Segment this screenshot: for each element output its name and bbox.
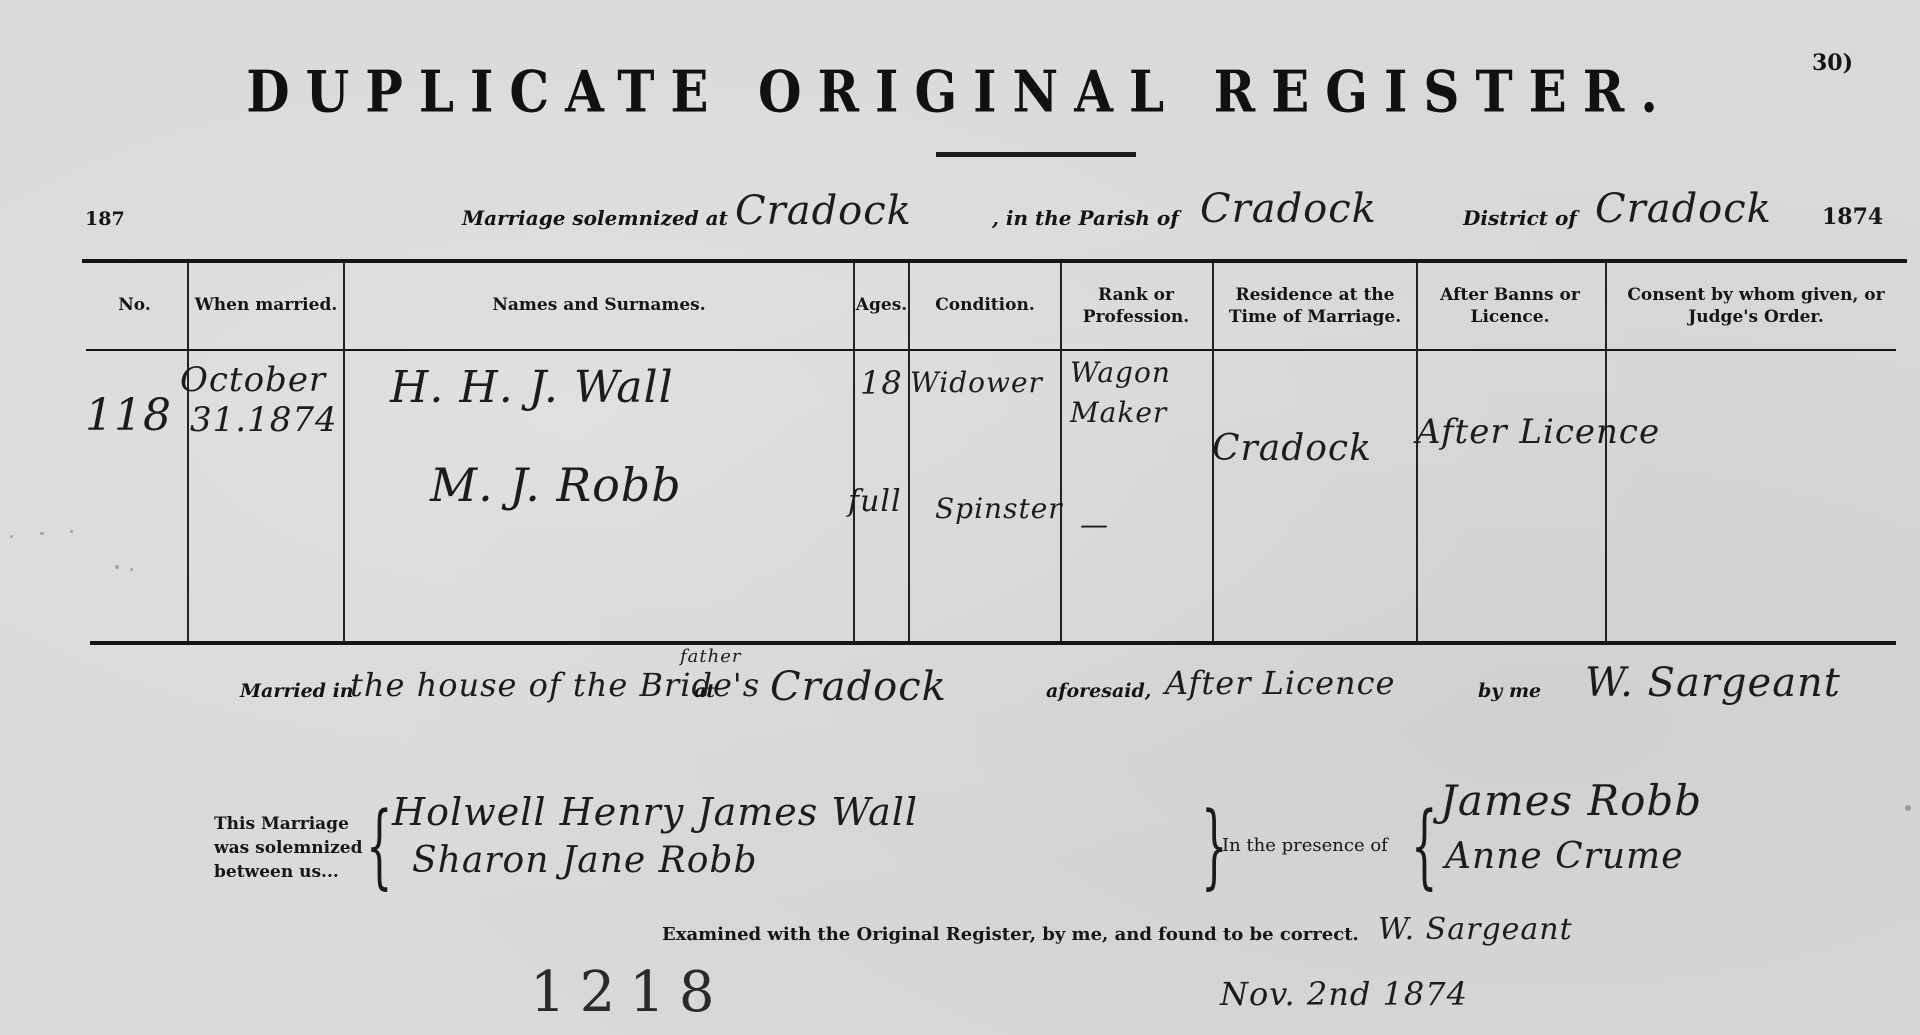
parties-label-1: This Marriage xyxy=(214,814,349,834)
bride-rank: — xyxy=(1080,508,1109,541)
groom-age: 18 xyxy=(860,364,903,402)
year-prefix: 187 xyxy=(85,208,125,230)
groom-name: H. H. J. Wall xyxy=(390,362,674,413)
brace-witness: { xyxy=(1411,800,1437,892)
officiant-signature: W. Sargeant xyxy=(1585,660,1841,706)
parish-value: Cradock xyxy=(1200,186,1377,232)
married-manner: After Licence xyxy=(1165,664,1395,702)
header-no: No. xyxy=(82,294,187,316)
bride-name: M. J. Robb xyxy=(430,458,682,512)
stain xyxy=(130,568,133,571)
bride-condition: Spinster xyxy=(935,492,1063,525)
solemnized-at-value: Cradock xyxy=(735,188,912,234)
stain xyxy=(1905,805,1911,811)
header-rank: Rank or Profession. xyxy=(1075,284,1197,328)
bride-age: full xyxy=(848,484,902,519)
column-divider xyxy=(1416,263,1418,641)
married-in-insertion: father xyxy=(680,646,741,667)
brace-left: { xyxy=(366,800,392,892)
column-divider xyxy=(853,263,855,641)
groom-signature: Holwell Henry James Wall xyxy=(392,790,918,834)
examination-statement: Examined with the Original Register, by … xyxy=(662,924,1359,945)
aforesaid-label: aforesaid, xyxy=(1046,680,1151,702)
stain xyxy=(10,535,13,538)
district-label: District of xyxy=(1463,206,1577,230)
header-consent: Consent by whom given, or Judge's Order. xyxy=(1607,284,1905,328)
table-bottom-rule xyxy=(90,641,1896,645)
parties-label-3: between us... xyxy=(214,862,339,882)
column-divider xyxy=(187,263,189,641)
margin-number: 1218 xyxy=(530,960,729,1025)
column-divider xyxy=(908,263,910,641)
bride-signature: Sharon Jane Robb xyxy=(412,840,758,881)
table-top-rule xyxy=(82,259,1907,263)
married-in-label: Married in xyxy=(240,680,354,702)
header-when-married: When married. xyxy=(189,294,343,316)
banns-or-licence: After Licence xyxy=(1416,412,1660,452)
stain xyxy=(70,530,73,533)
year: 1874 xyxy=(1822,204,1883,230)
married-in-town: Cradock xyxy=(770,664,947,710)
register-page: 30) DUPLICATE ORIGINAL REGISTER. 187 Mar… xyxy=(0,0,1920,1035)
parties-label-2: was solemnized xyxy=(214,838,362,858)
header-names: Names and Surnames. xyxy=(345,294,853,316)
district-value: Cradock xyxy=(1595,186,1772,232)
solemnized-at-label: Marriage solemnized at xyxy=(462,206,728,230)
witnesses-label: In the presence of xyxy=(1222,835,1388,856)
stain xyxy=(115,565,119,569)
header-condition: Condition. xyxy=(910,294,1060,316)
parish-label: , in the Parish of xyxy=(992,206,1179,230)
groom-condition: Widower xyxy=(910,366,1043,399)
examination-date: Nov. 2nd 1874 xyxy=(1220,975,1468,1013)
examiner-signature: W. Sargeant xyxy=(1378,912,1573,947)
witness-1-signature: James Robb xyxy=(1440,776,1702,825)
stain xyxy=(40,532,44,535)
header-residence: Residence at the Time of Marriage. xyxy=(1214,284,1416,328)
column-divider xyxy=(1060,263,1062,641)
entry-number: 118 xyxy=(85,390,172,441)
document-title: DUPLICATE ORIGINAL REGISTER. xyxy=(0,58,1920,126)
witness-2-signature: Anne Crume xyxy=(1445,836,1684,877)
header-banns: After Banns or Licence. xyxy=(1430,284,1590,328)
entry-date-day-year: 31.1874 xyxy=(190,400,338,440)
column-divider xyxy=(343,263,345,641)
residence: Cradock xyxy=(1212,428,1372,469)
header-ages: Ages. xyxy=(855,294,908,316)
at-label: at xyxy=(694,680,715,702)
title-underline xyxy=(936,152,1136,157)
groom-rank-line1: Wagon xyxy=(1070,356,1171,389)
by-me-label: by me xyxy=(1478,680,1541,702)
entry-date-month: October xyxy=(180,360,326,400)
header-bottom-rule xyxy=(86,349,1896,351)
groom-rank-line2: Maker xyxy=(1070,396,1167,429)
